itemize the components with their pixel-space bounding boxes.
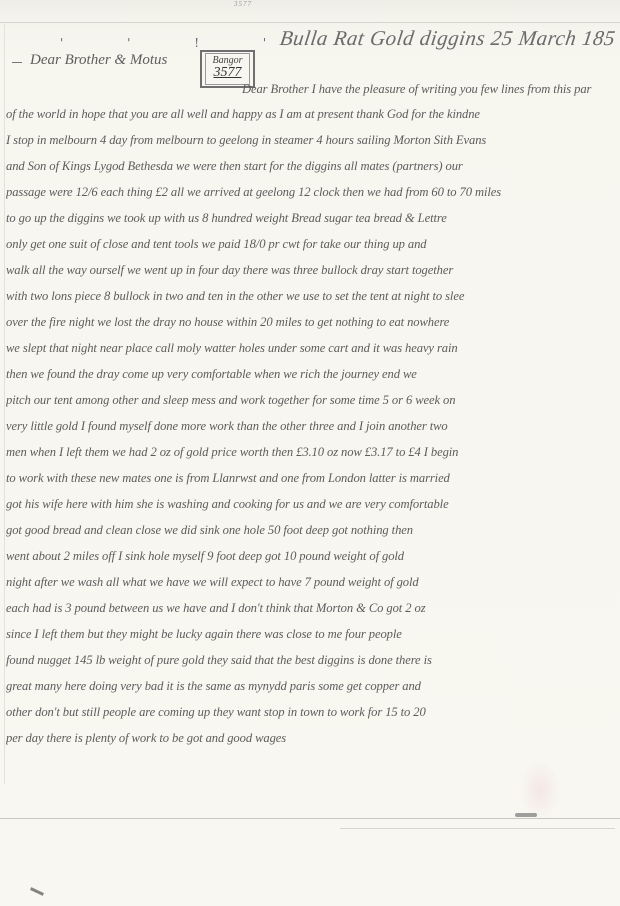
letter-line: with two lons piece 8 bullock in two and… xyxy=(6,289,618,304)
left-margin-line xyxy=(4,24,5,784)
letter-line: to work with these new mates one is from… xyxy=(6,471,618,486)
letter-line: over the fire night we lost the dray no … xyxy=(6,315,618,330)
letter-place-date: Bulla Rat Gold diggins 25 March 185 xyxy=(278,26,617,51)
letter-line: then we found the dray come up very comf… xyxy=(6,367,618,382)
ink-smudge xyxy=(515,813,537,817)
archive-reference: 3577 xyxy=(234,0,252,8)
letter-line: walk all the way ourself we went up in f… xyxy=(6,263,618,278)
letter-line: since I left them but they might be luck… xyxy=(6,627,618,642)
letter-line: other don't but still people are coming … xyxy=(6,705,618,720)
letter-line: got good bread and clean close we did si… xyxy=(6,523,618,538)
bottom-ruled-line-secondary xyxy=(340,828,615,829)
letter-line: of the world in hope that you are all we… xyxy=(6,107,618,122)
letter-line: passage were 12/6 each thing £2 all we a… xyxy=(6,185,618,200)
scanned-letter-page: 3577 ' ' ! ' Bulla Rat Gold diggins 25 M… xyxy=(0,0,620,906)
letter-line: and Son of Kings Lygod Bethesda we were … xyxy=(6,159,618,174)
stamp-catalog-number: 3577 xyxy=(206,66,249,80)
letter-line: went about 2 miles off I sink hole mysel… xyxy=(6,549,618,564)
letter-salutation: Dear Brother & Motus xyxy=(30,52,167,69)
letter-line: found nugget 145 lb weight of pure gold … xyxy=(6,653,618,668)
top-ruled-line xyxy=(0,22,620,23)
letter-line: per day there is plenty of work to be go… xyxy=(6,731,618,746)
letter-line: pitch our tent among other and sleep mes… xyxy=(6,393,618,408)
letter-line: only get one suit of close and tent tool… xyxy=(6,237,618,252)
ink-tick-marks: ' ' ! ' xyxy=(60,36,296,50)
letter-line: we slept that night near place call moly… xyxy=(6,341,618,356)
letter-line: each had is 3 pound between us we have a… xyxy=(6,601,618,616)
letter-line: men when I left them we had 2 oz of gold… xyxy=(6,445,618,460)
letter-line: great many here doing very bad it is the… xyxy=(6,679,618,694)
letter-line: to go up the diggins we took up with us … xyxy=(6,211,618,226)
paper-stain xyxy=(520,760,560,820)
letter-line: very little gold I found myself done mor… xyxy=(6,419,618,434)
letter-line: Dear Brother I have the pleasure of writ… xyxy=(242,82,618,97)
ink-mark xyxy=(30,887,44,896)
letter-line: got his wife here with him she is washin… xyxy=(6,497,618,512)
letter-line: I stop in melbourn 4 day from melbourn t… xyxy=(6,133,618,148)
ink-dash xyxy=(12,62,22,63)
bottom-ruled-line xyxy=(0,818,620,819)
letter-line: night after we wash all what we have we … xyxy=(6,575,618,590)
library-stamp-inner-border: Bangor 3577 xyxy=(205,53,250,85)
